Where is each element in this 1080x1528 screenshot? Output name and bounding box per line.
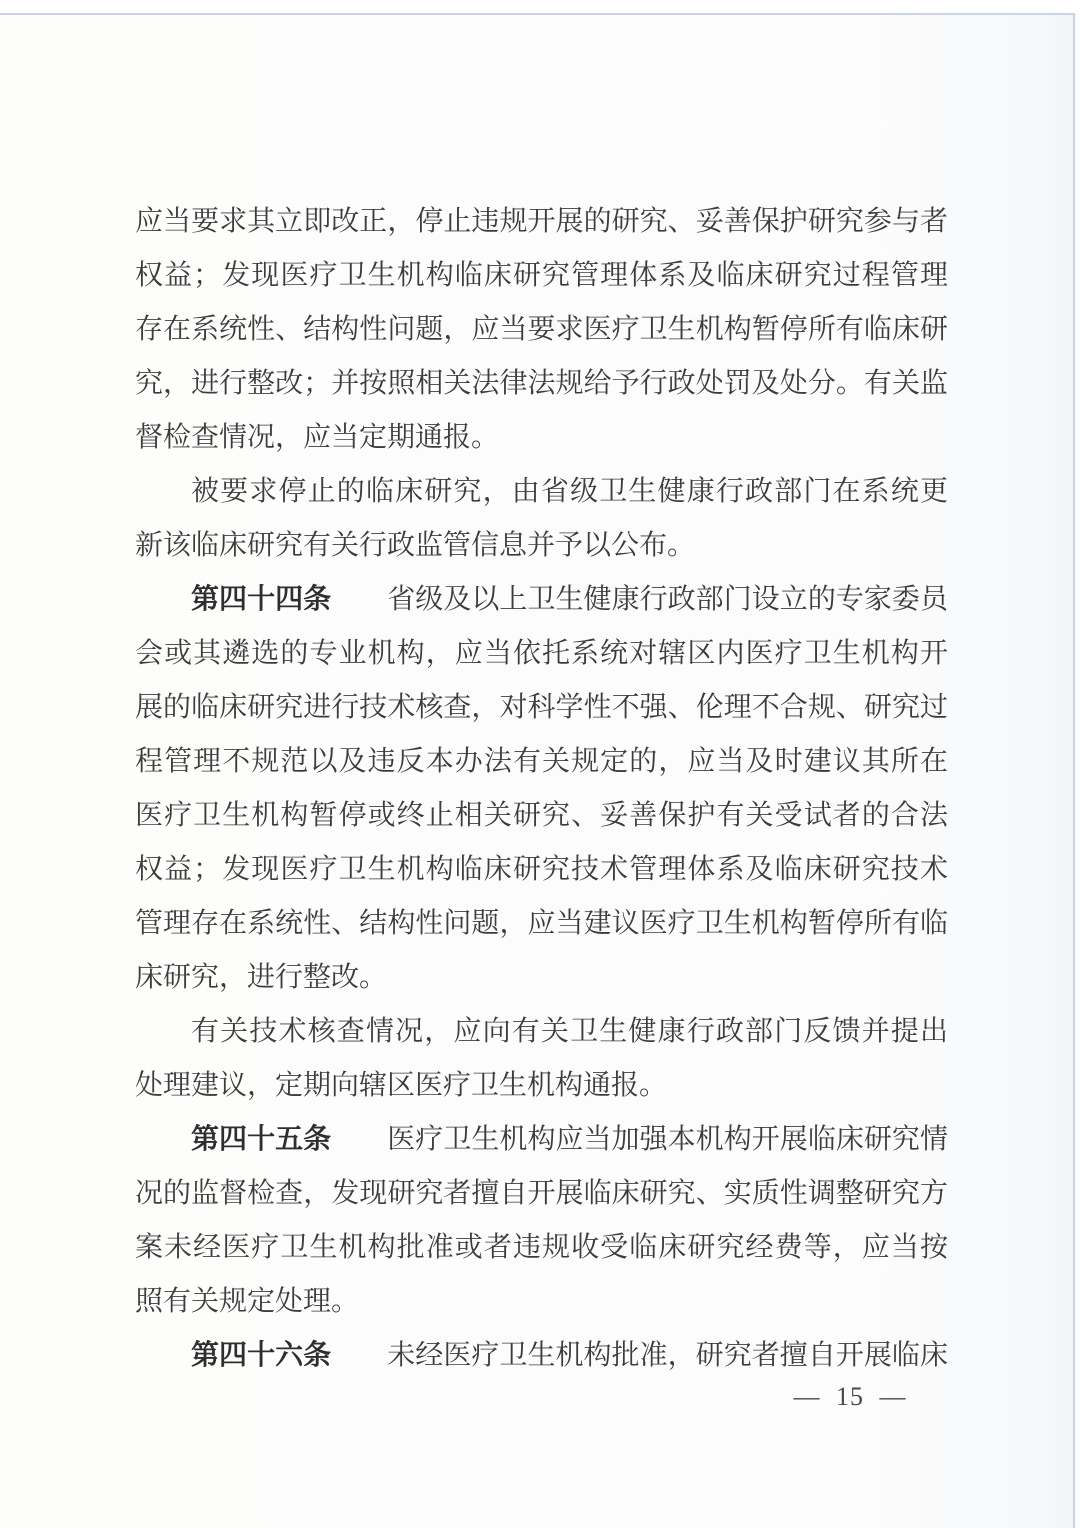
text-line: 督检查情况，应当定期通报。 xyxy=(135,411,948,465)
text-line: 第四十四条 省级及以上卫生健康行政部门设立的专家委员 xyxy=(135,573,948,627)
text-line: 权益；发现医疗卫生机构临床研究技术管理体系及临床研究技术 xyxy=(135,843,948,897)
text-line: 况的监督检查，发现研究者擅自开展临床研究、实质性调整研究方 xyxy=(135,1167,948,1221)
text-line: 究，进行整改；并按照相关法律法规给予行政处罚及处分。有关监 xyxy=(135,357,948,411)
text-line: 被要求停止的临床研究，由省级卫生健康行政部门在系统更 xyxy=(135,465,948,519)
text-line: 第四十六条 未经医疗卫生机构批准，研究者擅自开展临床 xyxy=(135,1329,948,1383)
text-line: 床研究，进行整改。 xyxy=(135,951,948,1005)
text-line: 医疗卫生机构暂停或终止相关研究、妥善保护有关受试者的合法 xyxy=(135,789,948,843)
text-line: 第四十五条 医疗卫生机构应当加强本机构开展临床研究情 xyxy=(135,1113,948,1167)
text-line: 有关技术核查情况，应向有关卫生健康行政部门反馈并提出 xyxy=(135,1005,948,1059)
page-body-text: 应当要求其立即改正，停止违规开展的研究、妥善保护研究参与者权益；发现医疗卫生机构… xyxy=(135,195,948,1383)
article-number: 第四十五条 xyxy=(191,1124,331,1155)
text-line: 案未经医疗卫生机构批准或者违规收受临床研究经费等，应当按 xyxy=(135,1221,948,1275)
text-line: 存在系统性、结构性问题，应当要求医疗卫生机构暂停所有临床研 xyxy=(135,303,948,357)
text-line: 处理建议，定期向辖区医疗卫生机构通报。 xyxy=(135,1059,948,1113)
text-line: 程管理不规范以及违反本办法有关规定的，应当及时建议其所在 xyxy=(135,735,948,789)
text-line: 管理存在系统性、结构性问题，应当建议医疗卫生机构暂停所有临 xyxy=(135,897,948,951)
text-line: 权益；发现医疗卫生机构临床研究管理体系及临床研究过程管理 xyxy=(135,249,948,303)
page-number: — 15 — xyxy=(770,1382,930,1412)
text-line: 会或其遴选的专业机构，应当依托系统对辖区内医疗卫生机构开 xyxy=(135,627,948,681)
article-number: 第四十六条 xyxy=(191,1340,331,1371)
text-line: 应当要求其立即改正，停止违规开展的研究、妥善保护研究参与者 xyxy=(135,195,948,249)
text-line: 展的临床研究进行技术核查，对科学性不强、伦理不合规、研究过 xyxy=(135,681,948,735)
text-line: 照有关规定处理。 xyxy=(135,1275,948,1329)
text-line: 新该临床研究有关行政监管信息并予以公布。 xyxy=(135,519,948,573)
article-number: 第四十四条 xyxy=(191,584,331,615)
scan-edge xyxy=(1075,13,1080,1528)
scanned-document: { "document": { "page_number": "15", "pa… xyxy=(0,0,1080,1528)
